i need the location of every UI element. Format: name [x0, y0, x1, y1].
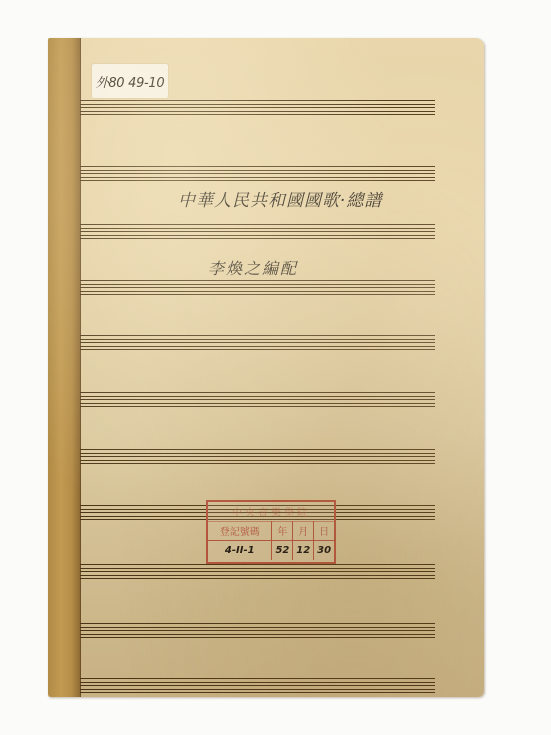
staff-lines [80, 280, 435, 295]
stamp-year-value: 52 [272, 541, 293, 560]
staff-lines [80, 623, 435, 638]
stamp-day-value: 30 [314, 541, 334, 560]
catalog-label: 外80 49-10 [92, 64, 168, 98]
stamp-registration-number: 4-II-1 [208, 541, 272, 560]
stamp-col-year: 年 [272, 521, 293, 540]
handwritten-author: 李煥之編配 [208, 256, 298, 279]
staff-lines [80, 449, 435, 464]
stamp-header: 中央音樂學院 [208, 502, 334, 522]
staff-lines [80, 392, 435, 407]
stamp-col-day: 日 [314, 521, 334, 540]
handwritten-title: 中華人民共和國國歌·總譜 [178, 186, 382, 211]
stamp-month-value: 12 [293, 541, 314, 560]
staff-lines [80, 100, 435, 115]
manuscript-book-cover: 外80 49-10 中華人民共和國國歌·總譜 李煥之編配 中央音樂學院 登記號碼… [48, 38, 484, 697]
staff-lines [80, 335, 435, 350]
stamp-col-month: 月 [293, 521, 314, 540]
stamp-column-headers: 登記號碼 年 月 日 [208, 521, 334, 541]
stamp-col-registration: 登記號碼 [208, 521, 272, 540]
registration-stamp: 中央音樂學院 登記號碼 年 月 日 4-II-1 52 12 30 [206, 500, 336, 564]
staff-lines [80, 564, 435, 579]
staff-lines [80, 224, 435, 239]
book-spine-binding [48, 38, 81, 697]
staff-lines [80, 678, 435, 693]
stamp-values: 4-II-1 52 12 30 [208, 541, 334, 560]
staff-lines [80, 166, 435, 181]
